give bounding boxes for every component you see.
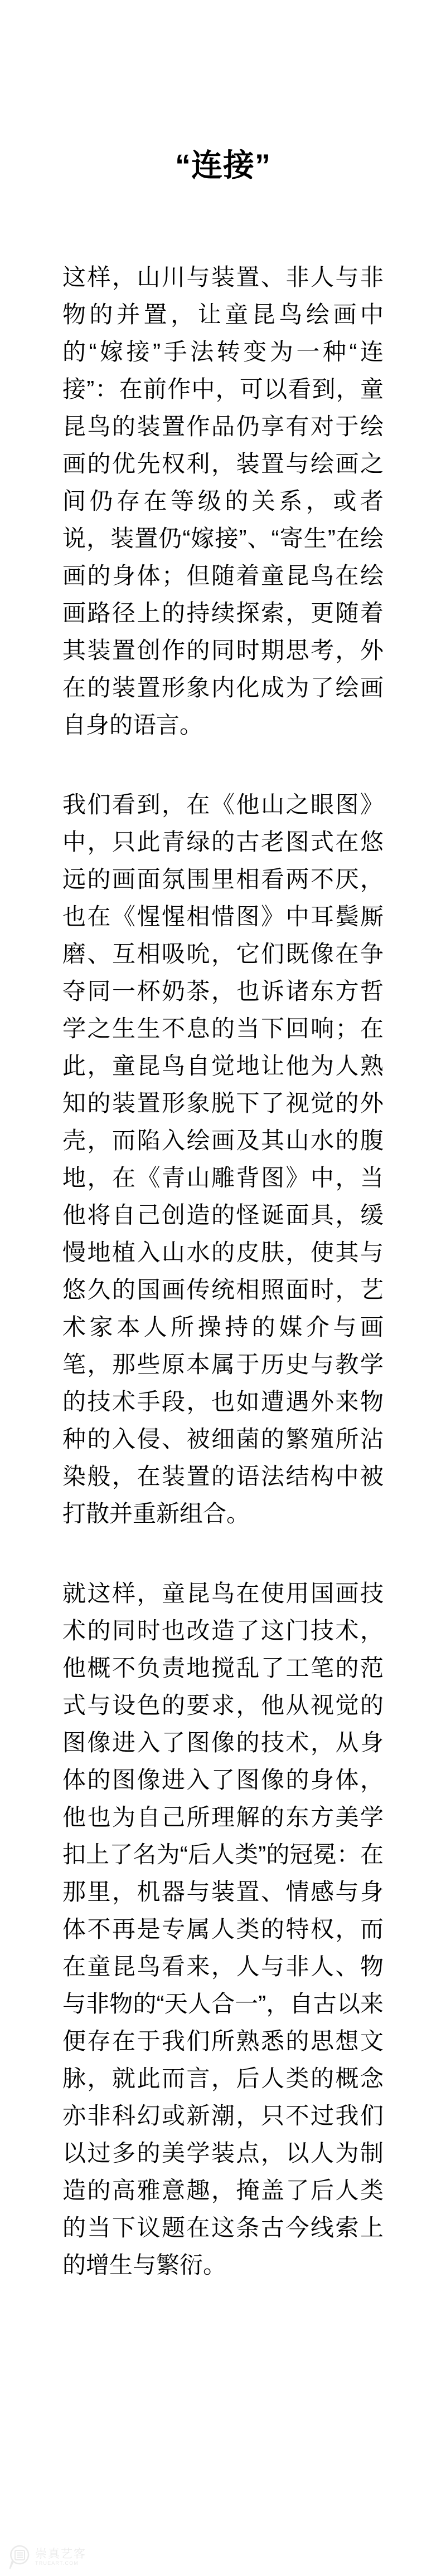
article-paragraph: 我们看到，在《他山之眼图》中，只此青绿的古老图式在悠远的画面氛围里相看两不厌，也… (62, 786, 384, 1532)
article-body: “连接” 这样，山川与装置、非人与非物的并置，让童昆鸟绘画中的“嫁接”手法转变为… (0, 0, 446, 2284)
article-page: “连接” 这样，山川与装置、非人与非物的并置，让童昆鸟绘画中的“嫁接”手法转变为… (0, 0, 446, 2576)
watermark-brand: 崇真艺客 (35, 2548, 86, 2560)
watermark-domain: TRUEART.COM (35, 2560, 86, 2567)
article-paragraph: 就这样，童昆鸟在使用国画技术的同时也改造了这门技术，他概不负责地搅乱了工笔的范式… (62, 1575, 384, 2284)
article-paragraph: 这样，山川与装置、非人与非物的并置，让童昆鸟绘画中的“嫁接”手法转变为一种“连接… (62, 258, 384, 744)
article-title: “连接” (62, 150, 384, 181)
watermark-text: 崇真艺客 TRUEART.COM (35, 2548, 86, 2567)
watermark: 崇真艺客 TRUEART.COM (8, 2544, 86, 2570)
speech-bubble-icon (8, 2544, 31, 2570)
